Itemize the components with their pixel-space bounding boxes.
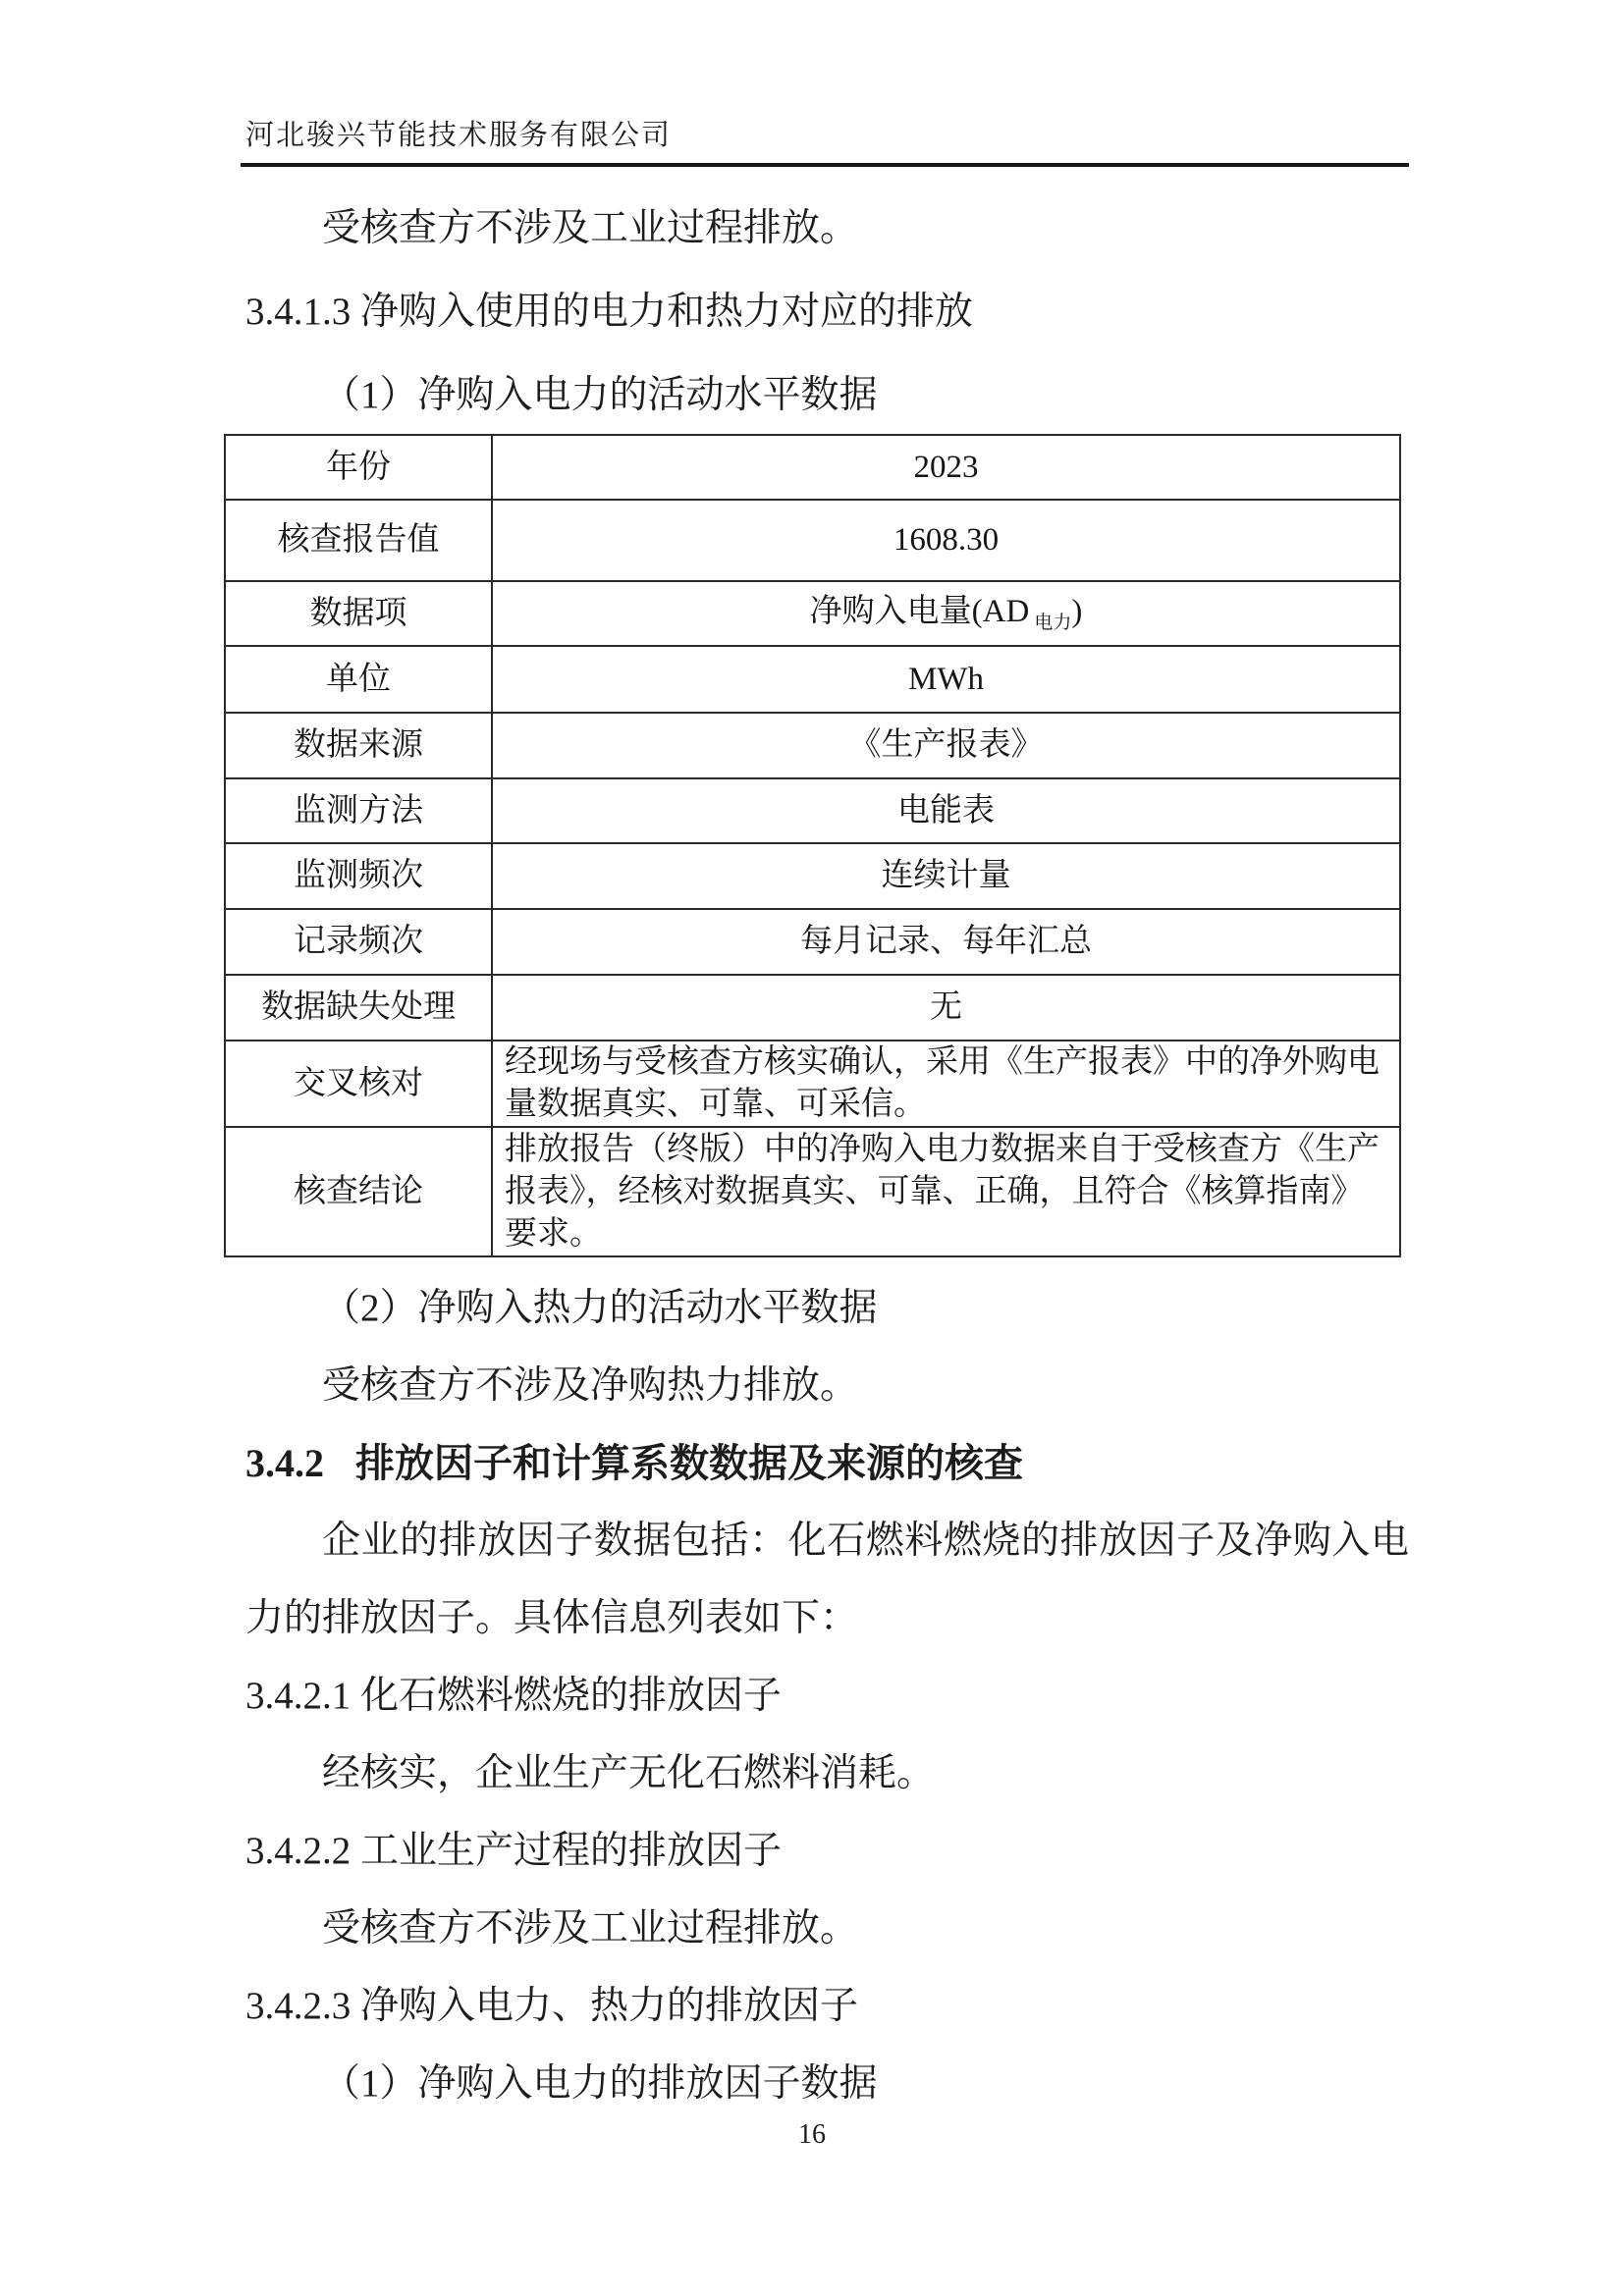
para-no-industrial-process-1: 受核查方不涉及工业过程排放。	[245, 189, 1409, 267]
row-value-cell: 无	[492, 975, 1400, 1041]
para-item1-electricity-activity: （1）净购入电力的活动水平数据	[245, 356, 1409, 434]
activity-data-table: 年份 2023 核查报告值 1608.30 数据项 净购入电量(AD电力) 单位…	[224, 434, 1401, 1257]
heading-3-4-2: 3.4.2排放因子和计算系数数据及来源的核查	[245, 1424, 1409, 1502]
row-label-cell: 记录频次	[225, 909, 492, 975]
row-value-cell: 《生产报表》	[492, 713, 1400, 778]
table-row-unit: 单位 MWh	[225, 646, 1400, 713]
row-value-cell: 电能表	[492, 778, 1400, 843]
table-row-monitoring-frequency: 监测频次 连续计量	[225, 843, 1400, 909]
para-no-industrial-process-2: 受核查方不涉及工业过程排放。	[245, 1890, 1409, 1967]
document-page: 河北骏兴节能技术服务有限公司 受核查方不涉及工业过程排放。 3.4.1.3 净购…	[0, 0, 1624, 2296]
table-row-data-item: 数据项 净购入电量(AD电力)	[225, 581, 1400, 646]
table-row-cross-check: 交叉核对 经现场与受核查方核实确认，采用《生产报表》中的净外购电量数据真实、可靠…	[225, 1041, 1400, 1127]
heading-3-4-2-number: 3.4.2	[245, 1441, 324, 1485]
row-value-cell: MWh	[492, 646, 1400, 713]
row-value-cell: 连续计量	[492, 843, 1400, 909]
para-item2-heat-activity: （2）净购入热力的活动水平数据	[245, 1269, 1409, 1347]
row-value-cell: 净购入电量(AD电力)	[492, 581, 1400, 646]
header-rule	[241, 163, 1409, 167]
row-label-cell: 交叉核对	[225, 1041, 492, 1127]
row-label-cell: 年份	[225, 435, 492, 500]
para-no-fossil-fuel: 经核实，企业生产无化石燃料消耗。	[245, 1735, 1409, 1812]
heading-3-4-2-1: 3.4.2.1 化石燃料燃烧的排放因子	[245, 1657, 1409, 1735]
heading-3-4-2-title: 排放因子和计算系数数据及来源的核查	[355, 1441, 1023, 1485]
table-row-monitoring-method: 监测方法 电能表	[225, 778, 1400, 843]
document-body: 受核查方不涉及工业过程排放。 3.4.1.3 净购入使用的电力和热力对应的排放 …	[245, 189, 1409, 2122]
row-label-cell: 数据缺失处理	[225, 975, 492, 1041]
table-row-missing-data-handling: 数据缺失处理 无	[225, 975, 1400, 1041]
para-no-heat: 受核查方不涉及净购热力排放。	[245, 1347, 1409, 1424]
row-label-cell: 数据项	[225, 581, 492, 646]
row-value-cell: 每月记录、每年汇总	[492, 909, 1400, 975]
table-row-verification-conclusion: 核查结论 排放报告（终版）中的净购入电力数据来自于受核查方《生产报表》，经核对数…	[225, 1127, 1400, 1256]
row-label-cell: 核查结论	[225, 1127, 492, 1256]
para-item1-electricity-ef: （1）净购入电力的排放因子数据	[245, 2045, 1409, 2122]
row-label-cell: 监测方法	[225, 778, 492, 843]
row-label-cell: 单位	[225, 646, 492, 713]
para-emission-factor-intro: 企业的排放因子数据包括：化石燃料燃烧的排放因子及净购入电力的排放因子。具体信息列…	[245, 1502, 1409, 1657]
row-value-cell: 1608.30	[492, 500, 1400, 581]
data-item-prefix: 净购入电量(AD	[810, 594, 1030, 629]
table-row-report-value: 核查报告值 1608.30	[225, 500, 1400, 581]
table-row-data-source: 数据来源 《生产报表》	[225, 713, 1400, 778]
table-row-year: 年份 2023	[225, 435, 1400, 500]
row-label-cell: 监测频次	[225, 843, 492, 909]
row-label-cell: 数据来源	[225, 713, 492, 778]
table-row-recording-frequency: 记录频次 每月记录、每年汇总	[225, 909, 1400, 975]
row-value-cell: 经现场与受核查方核实确认，采用《生产报表》中的净外购电量数据真实、可靠、可采信。	[492, 1041, 1400, 1127]
running-header-company: 河北骏兴节能技术服务有限公司	[245, 118, 1409, 153]
heading-3-4-2-2: 3.4.2.2 工业生产过程的排放因子	[245, 1812, 1409, 1890]
data-item-suffix: )	[1071, 594, 1082, 629]
page-number: 16	[0, 2120, 1624, 2150]
data-item-subscript: 电力	[1034, 613, 1071, 633]
row-value-cell: 排放报告（终版）中的净购入电力数据来自于受核查方《生产报表》，经核对数据真实、可…	[492, 1127, 1400, 1256]
heading-3-4-1-3: 3.4.1.3 净购入使用的电力和热力对应的排放	[245, 273, 1409, 350]
heading-3-4-2-3: 3.4.2.3 净购入电力、热力的排放因子	[245, 1967, 1409, 2045]
row-label-cell: 核查报告值	[225, 500, 492, 581]
row-value-cell: 2023	[492, 435, 1400, 500]
